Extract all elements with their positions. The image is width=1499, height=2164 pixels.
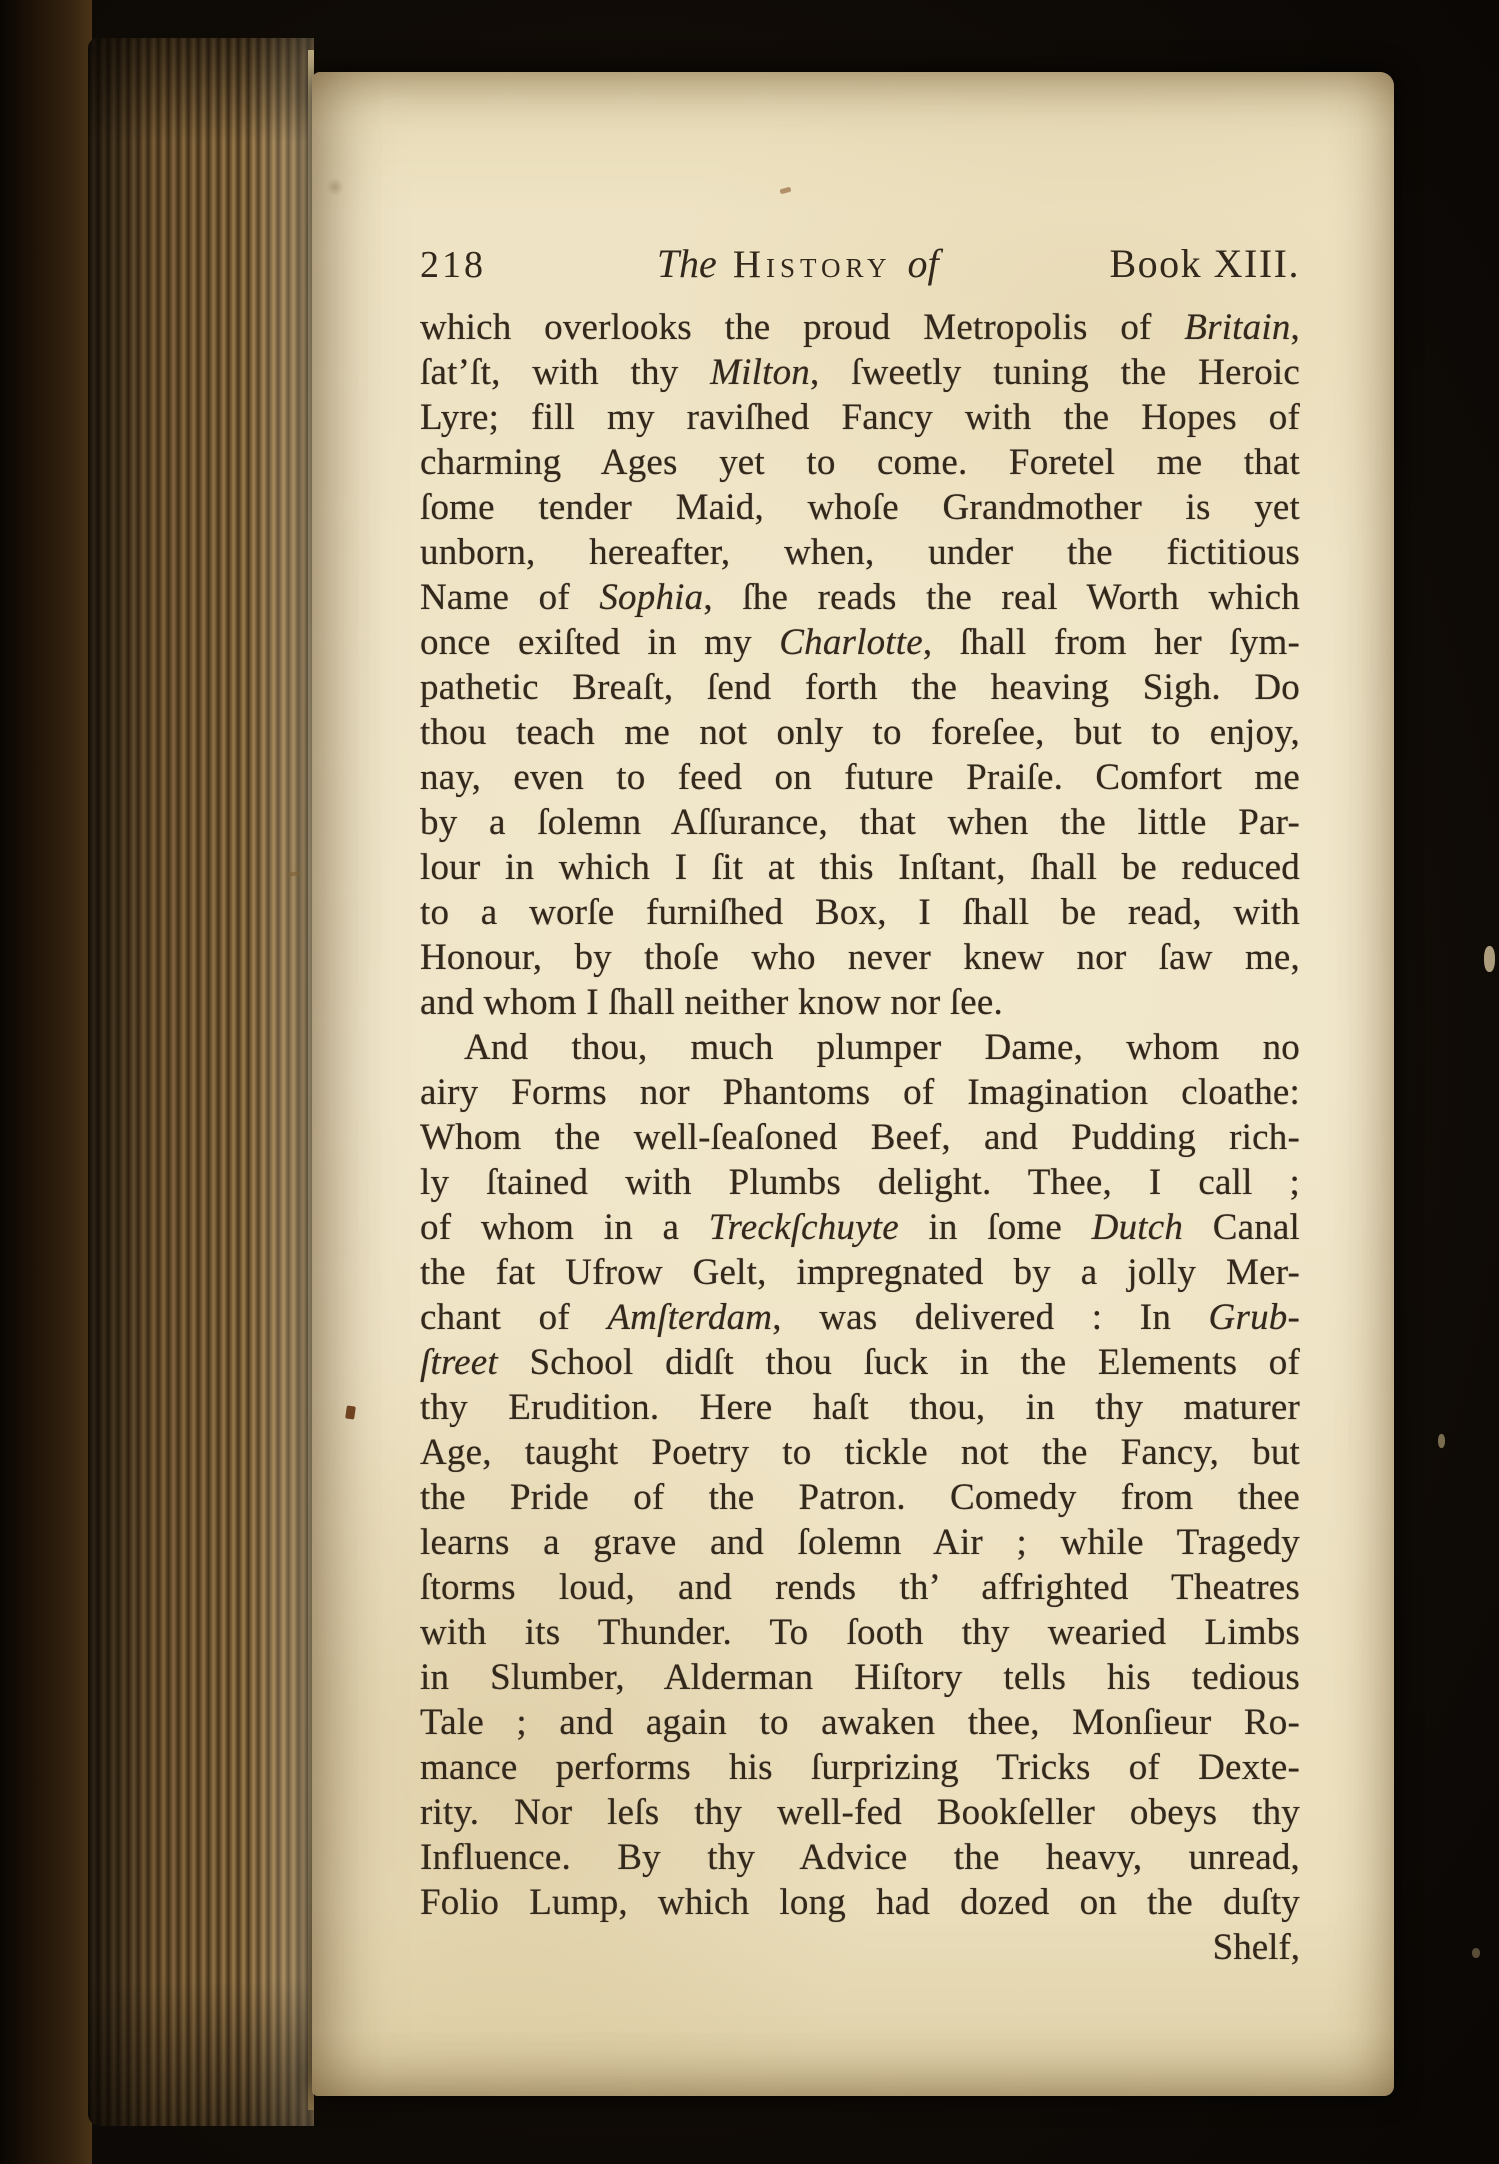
text-line: ſtreet School didſt thou ſuck in the Ele… [420,1340,1300,1385]
running-header: 218 The History of Book XIII. [420,240,1300,286]
body-text: which overlooks the proud Metropolis of … [420,305,1300,1925]
text-line: nay, even to feed on future Praiſe. Comf… [420,755,1300,800]
text-line: Influence. By thy Advice the heavy, unre… [420,1835,1300,1880]
text-line: unborn, hereafter, when, under the ficti… [420,530,1300,575]
paragraph: And thou, much plumper Dame, whom noairy… [420,1025,1300,1925]
text-line: the Pride of the Patron. Comedy from the… [420,1475,1300,1520]
text-line: learns a grave and ſolemn Air ; while Tr… [420,1520,1300,1565]
text-line: with its Thunder. To ſooth thy wearied L… [420,1610,1300,1655]
text-line: which overlooks the proud Metropolis of … [420,305,1300,350]
text-line: ſome tender Maid, whoſe Grandmother is y… [420,485,1300,530]
text-line: ly ſtained with Plumbs delight. Thee, I … [420,1160,1300,1205]
book-binding [0,0,92,2164]
text-line: Folio Lump, which long had dozed on the … [420,1880,1300,1925]
text-line: airy Forms nor Phantoms of Imagination c… [420,1070,1300,1115]
text-line: Lyre; fill my raviſhed Fancy with the Ho… [420,395,1300,440]
header-title-of: of [908,240,939,287]
book-photo: 218 The History of Book XIII. which over… [0,0,1499,2164]
text-line: And thou, much plumper Dame, whom no [420,1025,1300,1070]
page-stack-edges [88,38,314,2126]
header-book-number: Book XIII. [1109,240,1300,287]
text-line: in Slumber, Alderman Hiſtory tells his t… [420,1655,1300,1700]
text-line: thy Erudition. Here haſt thou, in thy ma… [420,1385,1300,1430]
text-line: Age, taught Poetry to tickle not the Fan… [420,1430,1300,1475]
catchword: Shelf, [420,1925,1300,1970]
text-line: Name of Sophia, ſhe reads the real Worth… [420,575,1300,620]
header-title: The History of [657,240,939,287]
ink-speck [345,1405,356,1419]
header-title-history: History [733,242,892,287]
text-line: ſat’ſt, with thy Milton, ſweetly tuning … [420,350,1300,395]
text-line: ſtorms loud, and rends th’ affrighted Th… [420,1565,1300,1610]
photo-edge-speck [1472,1948,1480,1958]
paragraph: which overlooks the proud Metropolis of … [420,305,1300,1025]
paper-fleck [780,187,792,195]
page-number: 218 [420,243,486,287]
text-line: Honour, by thoſe who never knew nor ſaw … [420,935,1300,980]
paper-blemish [326,178,344,196]
text-line: the fat Ufrow Gelt, impregnated by a jol… [420,1250,1300,1295]
text-line: to a worſe furniſhed Box, I ſhall be rea… [420,890,1300,935]
text-line: and whom I ſhall neither know nor ſee. [420,980,1300,1025]
text-line: pathetic Breaſt, ſend forth the heaving … [420,665,1300,710]
text-line: rity. Nor leſs thy well-fed Bookſeller o… [420,1790,1300,1835]
text-line: thou teach me not only to foreſee, but t… [420,710,1300,755]
text-line: of whom in a Treckſchuyte in ſome Dutch … [420,1205,1300,1250]
text-line: chant of Amſterdam, was delivered : In G… [420,1295,1300,1340]
text-line: by a ſolemn Aſſurance, that when the lit… [420,800,1300,845]
text-line: once exiſted in my Charlotte, ſhall from… [420,620,1300,665]
text-line: charming Ages yet to come. Foretel me th… [420,440,1300,485]
page-paper: 218 The History of Book XIII. which over… [312,72,1394,2096]
text-line: mance performs his ſurprizing Tricks of … [420,1745,1300,1790]
photo-edge-speck [1438,1434,1445,1448]
text-line: lour in which I ſit at this Inſtant, ſha… [420,845,1300,890]
header-title-the: The [657,240,717,287]
photo-edge-speck [1484,946,1495,972]
text-line: Whom the well-ſeaſoned Beef, and Pudding… [420,1115,1300,1160]
text-line: Tale ; and again to awaken thee, Monſieu… [420,1700,1300,1745]
